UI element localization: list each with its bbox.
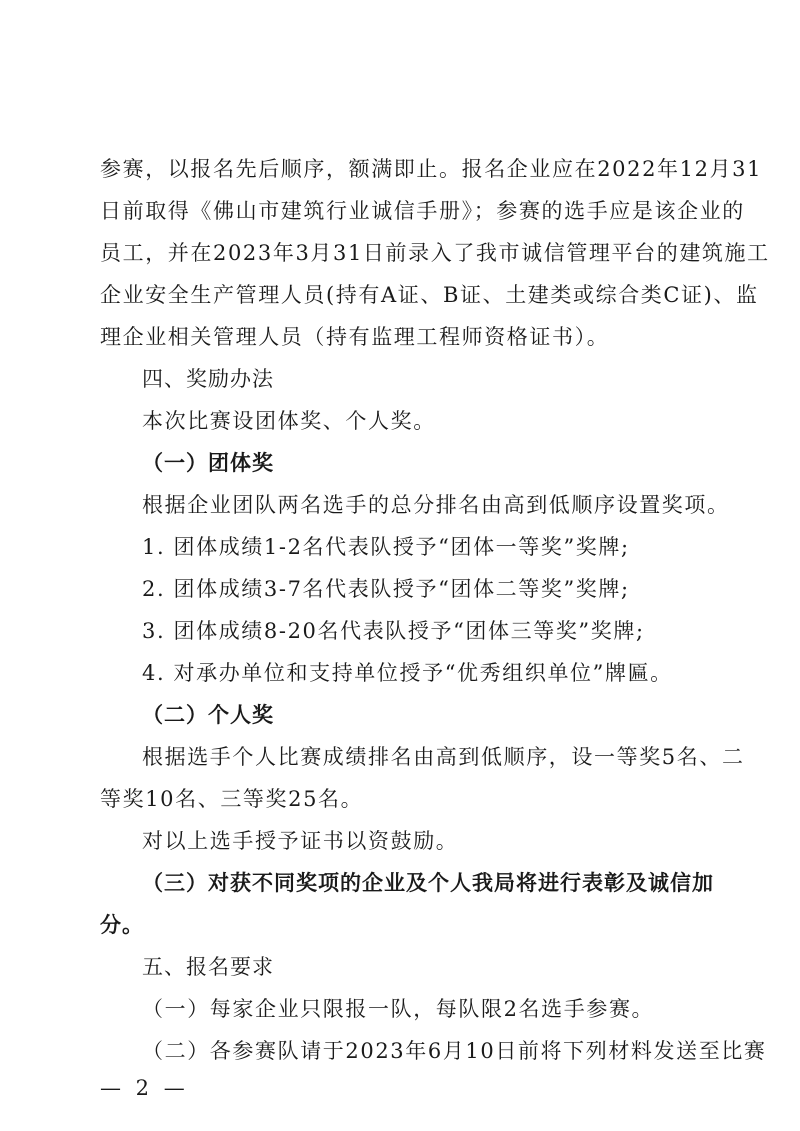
paragraph-line: 参赛，以报名先后顺序，额满即止。报名企业应在2022年12月31 — [100, 155, 712, 183]
page-number: — 2 — — [100, 1074, 189, 1102]
registration-item: （一）每家企业只限报一队，每队限2名选手参赛。 — [142, 995, 712, 1023]
subheading-team-award: （一）团体奖 — [142, 449, 712, 477]
team-award-item: 3. 团体成绩8-20名代表队授予“团体三等奖”奖牌; — [142, 617, 712, 645]
commendation-text: 分。 — [100, 911, 712, 939]
document-page: 参赛，以报名先后顺序，额满即止。报名企业应在2022年12月31 日前取得《佛山… — [0, 0, 800, 1131]
section-heading-rewards: 四、奖励办法 — [142, 365, 712, 393]
paragraph-line: 理企业相关管理人员（持有监理工程师资格证书）。 — [100, 323, 712, 351]
rewards-intro: 本次比赛设团体奖、个人奖。 — [142, 407, 712, 435]
team-award-item: 4. 对承办单位和支持单位授予“优秀组织单位”牌匾。 — [142, 659, 712, 687]
section-heading-registration: 五、报名要求 — [142, 953, 712, 981]
subheading-individual-award: （二）个人奖 — [142, 701, 712, 729]
individual-award-text: 等奖10名、三等奖25名。 — [100, 785, 712, 813]
team-award-item: 2. 团体成绩3-7名代表队授予“团体二等奖”奖牌; — [142, 575, 712, 603]
paragraph-line: 企业安全生产管理人员(持有A证、B证、土建类或综合类C证)、监 — [100, 281, 712, 309]
commendation-text: （三）对获不同奖项的企业及个人我局将进行表彰及诚信加 — [142, 869, 712, 897]
paragraph-line: 日前取得《佛山市建筑行业诚信手册》；参赛的选手应是该企业的 — [100, 197, 712, 225]
team-award-intro: 根据企业团队两名选手的总分排名由高到低顺序设置奖项。 — [142, 491, 712, 519]
individual-award-text: 根据选手个人比赛成绩排名由高到低顺序，设一等奖5名、二 — [142, 743, 712, 771]
individual-award-certificate: 对以上选手授予证书以资鼓励。 — [142, 827, 712, 855]
paragraph-line: 员工，并在2023年3月31日前录入了我市诚信管理平台的建筑施工 — [100, 239, 712, 267]
registration-item: （二）各参赛队请于2023年6月10日前将下列材料发送至比赛 — [142, 1037, 712, 1065]
team-award-item: 1. 团体成绩1-2名代表队授予“团体一等奖”奖牌; — [142, 533, 712, 561]
